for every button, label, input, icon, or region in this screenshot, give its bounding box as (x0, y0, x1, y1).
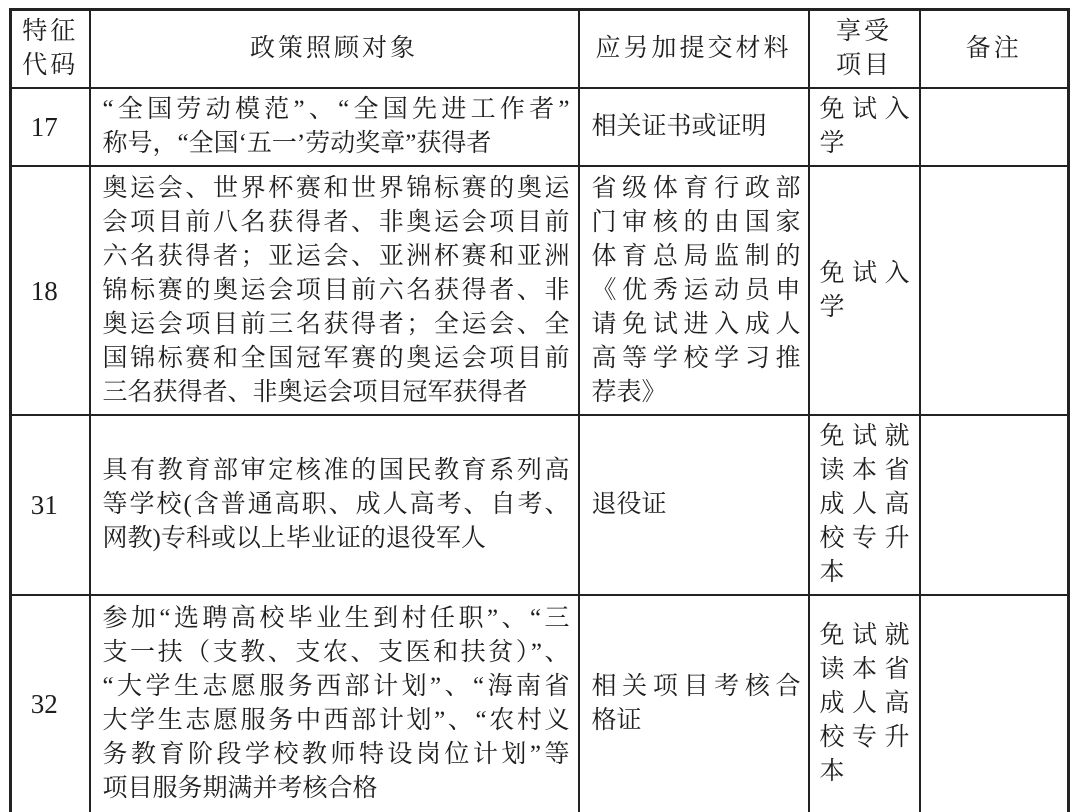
text-line: “大学生志愿服务西部计划”、“海南省 (103, 670, 570, 704)
remark (920, 595, 1069, 812)
text-line: “全国劳动模范”、“全国先进工作者” (103, 93, 570, 127)
extra-materials: 退役证 (579, 415, 809, 595)
table-row-code-17: 17 “全国劳动模范”、“全国先进工作者”称号，“全国‘五一’劳动奖章”获得者 … (11, 88, 1069, 166)
policy-table: 特征代码 政策照顾对象 应另加提交材料 享受项目 备注 17 “全国劳动模范”、… (9, 8, 1070, 812)
table-row-code-18: 18 奥运会、世界杯赛和世界锦标赛的奥运会项目前八名获得者、非奥运会项目前六名获… (11, 166, 1069, 415)
text-line: 格证 (592, 704, 801, 738)
text-line: 本 (820, 755, 910, 789)
text-line: 门审核的由国家 (592, 206, 801, 240)
document-page: 特征代码 政策照顾对象 应另加提交材料 享受项目 备注 17 “全国劳动模范”、… (0, 0, 1080, 812)
text-line: 网教)专科或以上毕业证的退役军人 (103, 522, 570, 556)
text-line: 务教育阶段学校教师特设岗位计划”等 (103, 738, 570, 772)
feature-code: 17 (11, 88, 90, 166)
text-line: 免试入 (820, 257, 910, 291)
text-line: 免试就 (820, 420, 910, 454)
text-line: 国锦标赛和全国冠军赛的奥运会项目前 (103, 342, 570, 376)
feature-code: 31 (11, 415, 90, 595)
text-line: 支一扶（支教、支农、支医和扶贫）”、 (103, 636, 570, 670)
benefit-item: 免试就读本省成人高校专升本 (809, 595, 920, 812)
text-line: 学 (820, 127, 910, 161)
text-line: 奥运会项目前三名获得者；全运会、全 (103, 308, 570, 342)
extra-materials: 相关证书或证明 (579, 88, 809, 166)
text-line: 参加“选聘高校毕业生到村任职”、“三 (103, 602, 570, 636)
text-line: 项目服务期满并考核合格 (103, 772, 570, 806)
text-line: 体育总局监制的 (592, 240, 801, 274)
text-line: 省级体育行政部 (592, 172, 801, 206)
text-line: 读本省 (820, 454, 910, 488)
text-line: 学 (820, 291, 910, 325)
text-line: 免试入 (820, 93, 910, 127)
text-line: 成人高 (820, 488, 910, 522)
text-line: 校专升 (820, 522, 910, 556)
text-line: 三名获得者、非奥运会项目冠军获得者 (103, 376, 570, 410)
text-line: 退役证 (592, 488, 801, 522)
text-line: 锦标赛的奥运会项目前六名获得者、非 (103, 274, 570, 308)
text-line: 高等学校学习推 (592, 342, 801, 376)
text-line: 奥运会、世界杯赛和世界锦标赛的奥运 (103, 172, 570, 206)
policy-target: 参加“选聘高校毕业生到村任职”、“三支一扶（支教、支农、支医和扶贫）”、“大学生… (90, 595, 579, 812)
text-line: 校专升 (820, 721, 910, 755)
feature-code: 32 (11, 595, 90, 812)
text-line: 特征 (16, 15, 85, 49)
header-benefit-item: 享受项目 (809, 10, 920, 89)
text-line: 等学校(含普通高职、成人高考、自考、 (103, 488, 570, 522)
text-line: 本 (820, 556, 910, 590)
remark (920, 415, 1069, 595)
text-line: 具有教育部审定核准的国民教育系列高 (103, 454, 570, 488)
benefit-item: 免试入学 (809, 166, 920, 415)
text-line: 会项目前八名获得者、非奥运会项目前 (103, 206, 570, 240)
extra-materials: 省级体育行政部门审核的由国家体育总局监制的《优秀运动员申请免试进入成人高等学校学… (579, 166, 809, 415)
policy-target: “全国劳动模范”、“全国先进工作者”称号，“全国‘五一’劳动奖章”获得者 (90, 88, 579, 166)
remark (920, 88, 1069, 166)
text-line: 免试就 (820, 619, 910, 653)
text-line: 代码 (16, 49, 85, 83)
text-line: 享受 (814, 15, 915, 49)
text-line: 成人高 (820, 687, 910, 721)
remark (920, 166, 1069, 415)
text-line: 六名获得者；亚运会、亚洲杯赛和亚洲 (103, 240, 570, 274)
feature-code: 18 (11, 166, 90, 415)
text-line: 请免试进入成人 (592, 308, 801, 342)
text-line: 读本省 (820, 653, 910, 687)
policy-target: 奥运会、世界杯赛和世界锦标赛的奥运会项目前八名获得者、非奥运会项目前六名获得者；… (90, 166, 579, 415)
text-line: 称号，“全国‘五一’劳动奖章”获得者 (103, 127, 570, 161)
extra-materials: 相关项目考核合格证 (579, 595, 809, 812)
header-extra-materials: 应另加提交材料 (579, 10, 809, 89)
header-remark: 备注 (920, 10, 1069, 89)
text-line: 荐表》 (592, 376, 801, 410)
text-line: 项目 (814, 49, 915, 83)
benefit-item: 免试入学 (809, 88, 920, 166)
header-policy-target: 政策照顾对象 (90, 10, 579, 89)
text-line: 相关项目考核合 (592, 670, 801, 704)
header-row: 特征代码 政策照顾对象 应另加提交材料 享受项目 备注 (11, 10, 1069, 89)
benefit-item: 免试就读本省成人高校专升本 (809, 415, 920, 595)
policy-target: 具有教育部审定核准的国民教育系列高等学校(含普通高职、成人高考、自考、网教)专科… (90, 415, 579, 595)
table-row-code-32: 32 参加“选聘高校毕业生到村任职”、“三支一扶（支教、支农、支医和扶贫）”、“… (11, 595, 1069, 812)
text-line: 相关证书或证明 (592, 110, 801, 144)
table-row-code-31: 31 具有教育部审定核准的国民教育系列高等学校(含普通高职、成人高考、自考、网教… (11, 415, 1069, 595)
text-line: 大学生志愿服务中西部计划”、“农村义 (103, 704, 570, 738)
text-line: 《优秀运动员申 (592, 274, 801, 308)
header-feature-code: 特征代码 (11, 10, 90, 89)
